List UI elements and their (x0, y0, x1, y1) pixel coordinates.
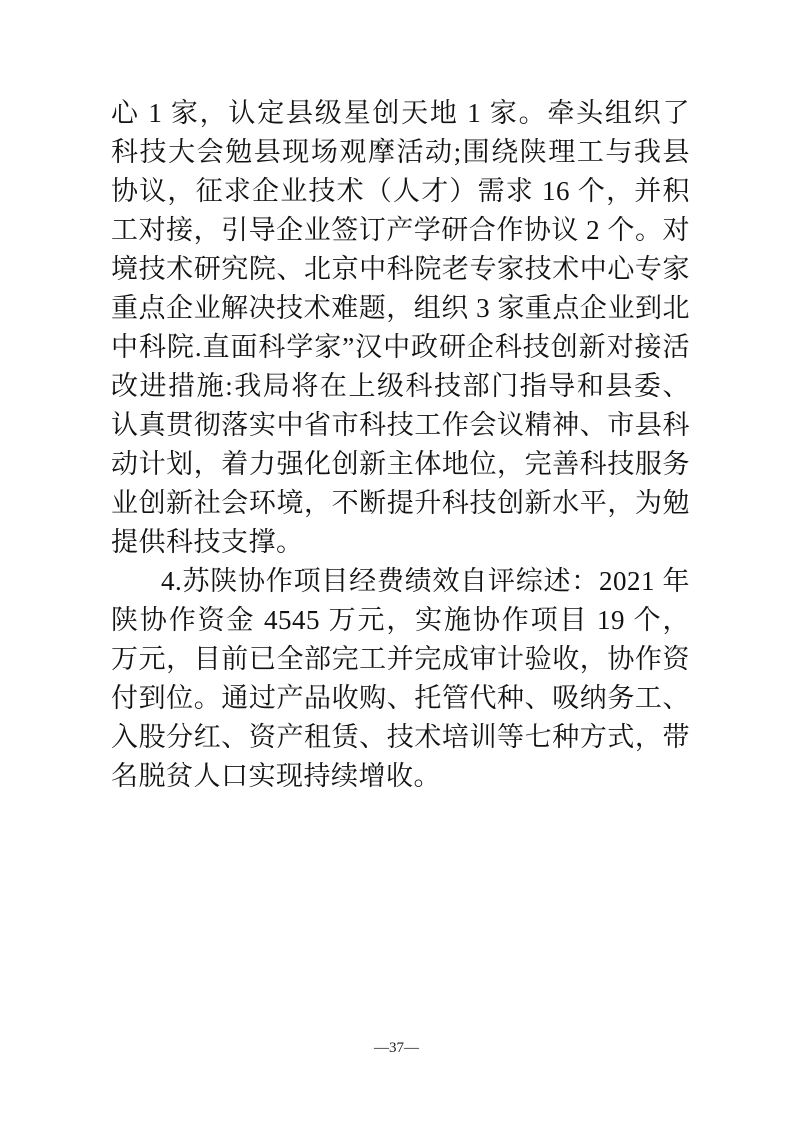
text-line: 动计划，着力强化创新主体地位，完善科技服务体系，优化创 (111, 445, 690, 484)
text-line: 提供科技支撑。 (111, 523, 690, 562)
text-line: 认真贯彻落实中省市科技工作会议精神、市县科技创新三年行 (111, 406, 690, 445)
text-line: 心 1 家，认定县级星创天地 1 家。牵头组织了第三届全国油菜 (111, 94, 690, 133)
text-line: 重点企业解决技术难题，组织 3 家重点企业到北京参加“走进 (111, 289, 690, 328)
text-line: 科技大会勉县现场观摩活动;围绕陕理工与我县签订框架合作 (111, 133, 690, 172)
text-line: 名脱贫人口实现持续增收。 (111, 757, 690, 796)
text-line: 协议，征求企业技术（人才）需求 16 个，并积极做好与陕理 (111, 172, 690, 211)
text-line-section-heading: 4.苏陕协作项目经费绩效自评综述：2021 年下达我县苏 (111, 562, 690, 601)
text-line: 付到位。通过产品收购、托管代种、吸纳务工、土地流转、 (111, 679, 690, 718)
document-page: 心 1 家，认定县级星创天地 1 家。牵头组织了第三届全国油菜 科技大会勉县现场… (0, 0, 793, 1122)
text-line: 改进措施:我局将在上级科技部门指导和县委、县政府领导下， (111, 367, 690, 406)
text-line: 陕协作资金 4545 万元，实施协作项目 19 个，总投资 10752 (111, 601, 690, 640)
text-line: 境技术研究院、北京中科院老专家技术中心专家组 3 次来勉县 (111, 250, 690, 289)
text-line: 工对接，引导企业签订产学研合作协议 2 个。对接有研资源环 (111, 211, 690, 250)
page-number: —37— (0, 1038, 793, 1058)
text-line: 入股分红、资产租赁、技术培训等七种方式，带动了 1.2 万 (111, 718, 690, 757)
body-text: 心 1 家，认定县级星创天地 1 家。牵头组织了第三届全国油菜 科技大会勉县现场… (111, 94, 690, 796)
text-line: 业创新社会环境，不断提升科技创新水平，为勉县高质量发展 (111, 484, 690, 523)
text-line: 中科院.直面科学家”汉中政研企科技创新对接活动。下一步 (111, 328, 690, 367)
text-line: 万元，目前已全部完工并完成审计验收，协作资金已全部拨 (111, 640, 690, 679)
